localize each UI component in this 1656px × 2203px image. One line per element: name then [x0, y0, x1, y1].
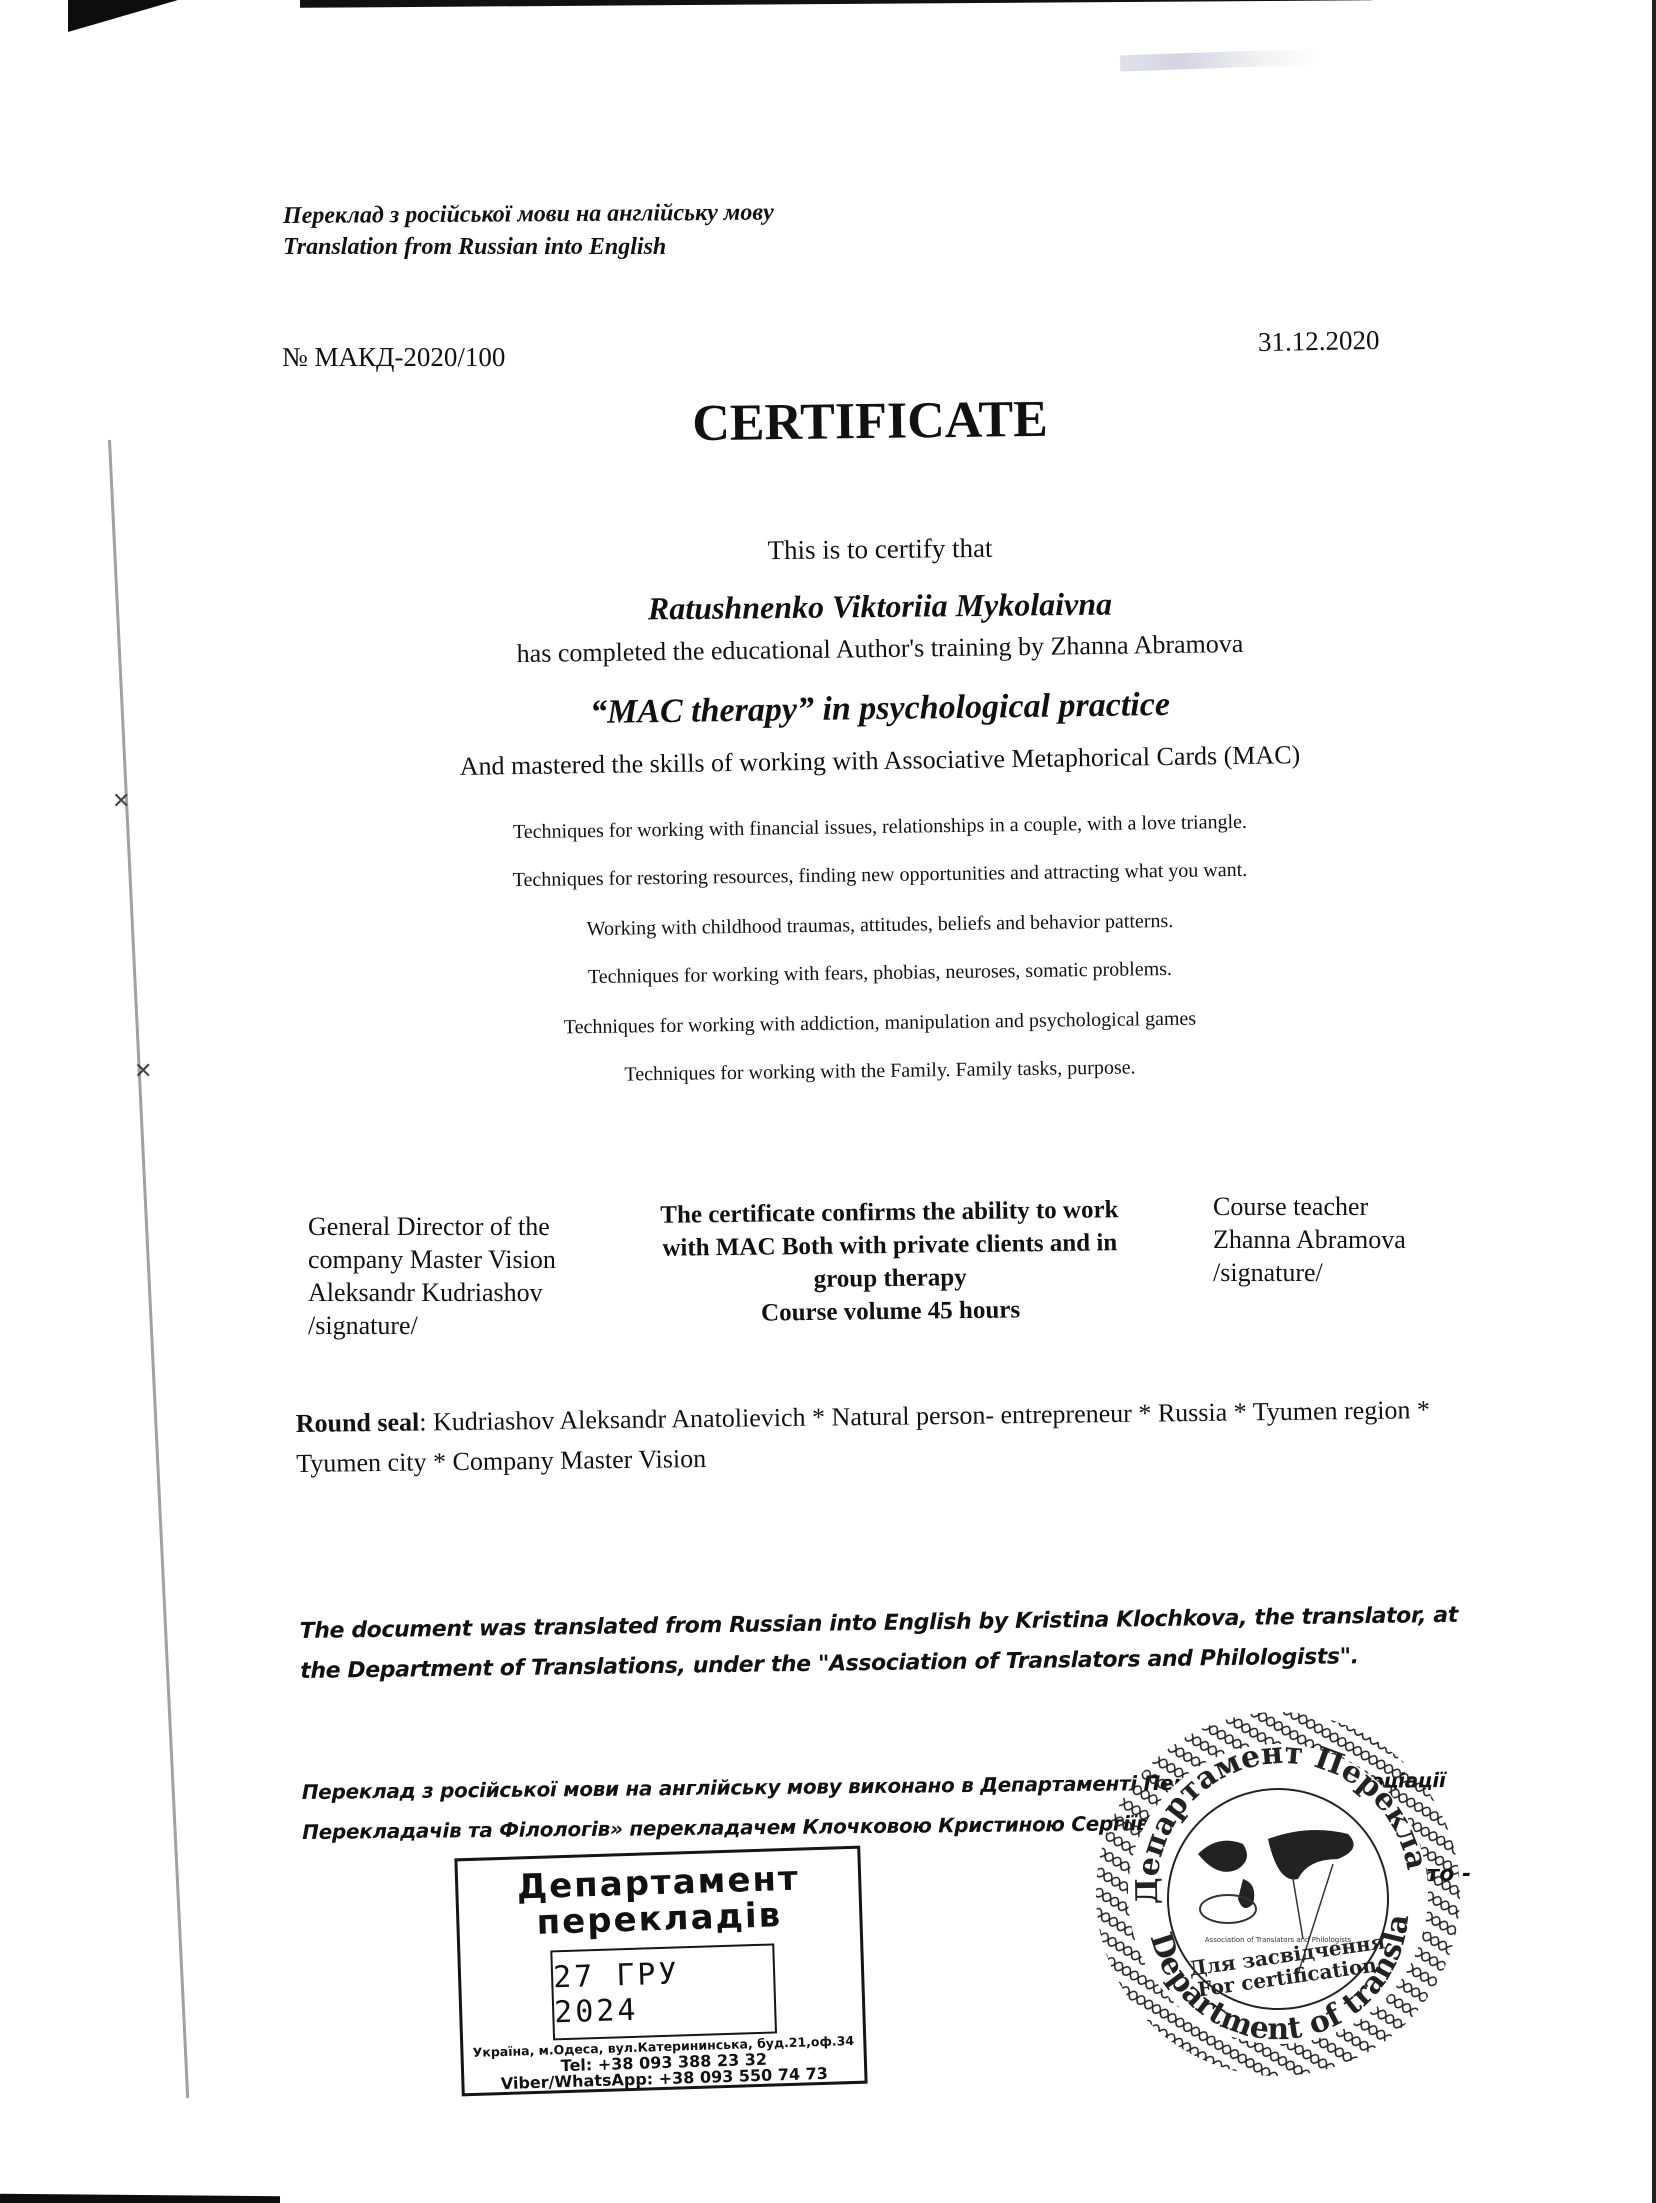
seal-graphic-icon: Департамент Перекладів Department of tra…	[1078, 1704, 1478, 2084]
director-signature: /signature/	[308, 1309, 598, 1342]
confirmation-line2: with MAC Both with private clients and i…	[630, 1226, 1150, 1265]
technique-item: Techniques for restoring resources, find…	[350, 857, 1410, 895]
scan-shadow-corner	[68, 0, 178, 32]
signature-block-teacher: Course teacher Zhanna Abramova /signatur…	[1213, 1190, 1493, 1289]
director-name: Aleksandr Kudriashov	[308, 1276, 598, 1309]
round-seal-text: : Kudriashov Aleksandr Anatolievich * Na…	[296, 1395, 1430, 1478]
course-title: “MAC therapy” in psychological practice	[350, 683, 1410, 736]
scan-speckle	[1120, 49, 1320, 72]
director-title-line2: company Master Vision	[308, 1243, 598, 1276]
certificate-confirmation-block: The certificate confirms the ability to …	[629, 1193, 1151, 1331]
binding-thread	[108, 440, 189, 2098]
teacher-signature: /signature/	[1213, 1256, 1493, 1289]
technique-item: Techniques for working with the Family. …	[350, 1053, 1410, 1091]
binding-knot-icon: ✕	[112, 788, 130, 814]
round-seal-label: Round seal	[296, 1407, 420, 1438]
certificate-date: 31.12.2020	[1258, 325, 1380, 358]
scan-shadow-top	[300, 0, 1380, 8]
round-seal: Департамент Перекладів Department of tra…	[1078, 1704, 1478, 2084]
translation-header-en: Translation from Russian into English	[283, 234, 666, 261]
mastered-line: And mastered the skills of working with …	[350, 739, 1410, 784]
stamp-date: 27 ГРУ 2024	[550, 1943, 777, 2040]
scan-shadow-bottom	[0, 2194, 280, 2203]
technique-item: Techniques for working with financial is…	[350, 809, 1410, 847]
holder-name: Ratushnenko Viktoriia Mykolaivna	[350, 582, 1410, 630]
teacher-name: Zhanna Abramova	[1213, 1223, 1493, 1256]
certify-line: This is to certify that	[350, 528, 1410, 570]
round-seal-note: Round seal: Kudriashov Aleksandr Anatoli…	[296, 1390, 1437, 1484]
signature-block-director: General Director of the company Master V…	[308, 1210, 598, 1342]
course-volume: Course volume 45 hours	[630, 1292, 1150, 1331]
scan-edge-right	[1652, 0, 1656, 2203]
translation-header-ua: Переклад з російської мови на англійську…	[283, 200, 774, 230]
technique-item: Working with childhood traumas, attitude…	[350, 907, 1410, 945]
teacher-title: Course teacher	[1213, 1190, 1493, 1223]
director-title-line1: General Director of the	[308, 1210, 598, 1243]
completion-line: has completed the educational Author's t…	[350, 627, 1410, 672]
translator-note-en: The document was translated from Russian…	[299, 1595, 1500, 1692]
technique-item: Techniques for working with addiction, m…	[350, 1005, 1410, 1043]
department-date-stamp: Департамент перекладів 27 ГРУ 2024 Украї…	[454, 1846, 867, 2097]
document-title: CERTIFICATE	[0, 381, 1656, 461]
certificate-number: № МАКД-2020/100	[282, 342, 505, 373]
technique-item: Techniques for working with fears, phobi…	[350, 955, 1410, 993]
binding-knot-icon: ✕	[134, 1058, 152, 1084]
